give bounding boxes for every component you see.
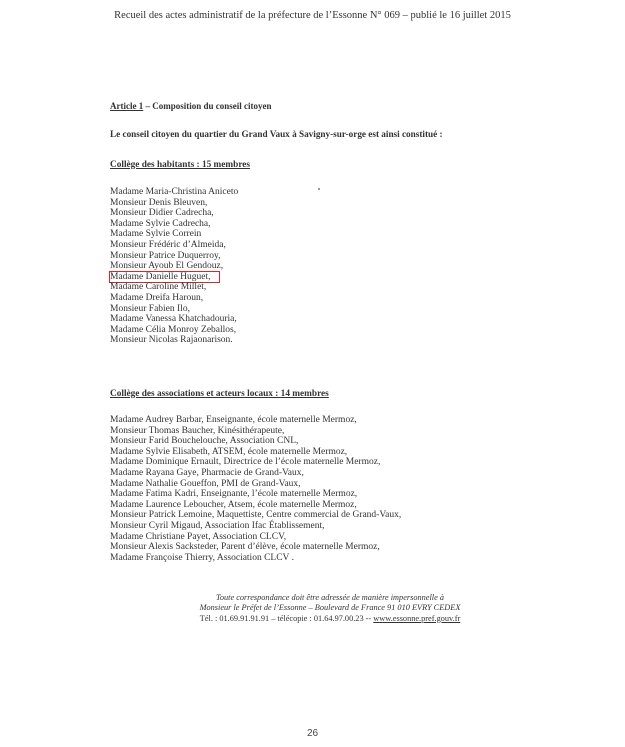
member-list-habitants: Madame Maria-Christina AnicetoMonsieur D… — [110, 187, 238, 346]
member-item: Madame Dreifa Haroun, — [110, 293, 238, 304]
section-title-associations: Collège des associations et acteurs loca… — [110, 389, 329, 399]
document-header: Recueil des actes administratif de la pr… — [0, 10, 625, 21]
member-item: Madame Caroline Millet, — [110, 282, 238, 293]
scan-speck — [318, 188, 320, 190]
member-item: Madame Sylvie Cadrecha, — [110, 219, 238, 230]
member-item: Madame Nathalie Goueffon, PMI de Grand-V… — [110, 479, 401, 490]
member-item: Madame Sylvie Correin — [110, 229, 238, 240]
intro-paragraph: Le conseil citoyen du quartier du Grand … — [110, 129, 443, 139]
member-item: Madame Dominique Ernault, Directrice de … — [110, 457, 401, 468]
member-item: Madame Maria-Christina Aniceto — [110, 187, 238, 198]
member-item: Madame Laurence Leboucher, Atsem, école … — [110, 500, 401, 511]
member-item: Monsieur Frédéric d’Almeida, — [110, 240, 238, 251]
member-item: Madame Rayana Gaye, Pharmacie de Grand-V… — [110, 468, 401, 479]
footer-line-2: Monsieur le Préfet de l’Essonne – Boulev… — [160, 603, 500, 613]
member-item: Madame Audrey Barbar, Enseignante, école… — [110, 415, 401, 426]
member-item: Monsieur Cyril Migaud, Association Ifac … — [110, 521, 401, 532]
article-title: – Composition du conseil citoyen — [143, 101, 271, 111]
member-item: Monsieur Thomas Baucher, Kinésithérapeut… — [110, 426, 401, 437]
correspondence-footer: Toute correspondance doit être adressée … — [160, 593, 500, 624]
member-item: Madame Françoise Thierry, Association CL… — [110, 553, 401, 564]
member-item: Madame Christiane Payet, Association CLC… — [110, 532, 401, 543]
footer-phone: Tél. : 01.69.91.91.91 – télécopie : 01.6… — [200, 614, 374, 623]
website-link[interactable]: www.essonne.pref.gouv.fr — [373, 614, 460, 623]
footer-line-1: Toute correspondance doit être adressée … — [160, 593, 500, 603]
member-item: Madame Sylvie Elisabeth, ATSEM, école ma… — [110, 447, 401, 458]
member-item: Madame Vanessa Khatchadouria, — [110, 314, 238, 325]
section-title-habitants: Collège des habitants : 15 membres — [110, 160, 250, 170]
member-item: Monsieur Ayoub El Gendouz, — [110, 261, 238, 272]
member-item: Monsieur Nicolas Rajaonarison. — [110, 335, 238, 346]
member-item: Monsieur Denis Bleuven, — [110, 198, 238, 209]
footer-contact: Tél. : 01.69.91.91.91 – télécopie : 01.6… — [160, 614, 500, 624]
member-item: Monsieur Fabien Ilo, — [110, 304, 238, 315]
article-heading: Article 1 – Composition du conseil citoy… — [110, 101, 272, 111]
page-number: 26 — [0, 728, 625, 739]
member-item: Madame Célia Monroy Zeballos, — [110, 325, 238, 336]
member-item: Monsieur Patrick Lemoine, Maquettiste, C… — [110, 510, 401, 521]
member-item: Monsieur Farid Bouchelouche, Association… — [110, 436, 401, 447]
member-item: Monsieur Patrice Duquerroy, — [110, 251, 238, 262]
member-item: Monsieur Alexis Sacksteder, Parent d’élè… — [110, 542, 401, 553]
member-item: Madame Fatima Kadri, Enseignante, l’écol… — [110, 489, 401, 500]
member-list-associations: Madame Audrey Barbar, Enseignante, école… — [110, 415, 401, 563]
highlighted-member: Madame Danielle Huguet, — [110, 272, 219, 283]
member-item: Monsieur Didier Cadrecha, — [110, 208, 238, 219]
article-label: Article 1 — [110, 101, 143, 111]
